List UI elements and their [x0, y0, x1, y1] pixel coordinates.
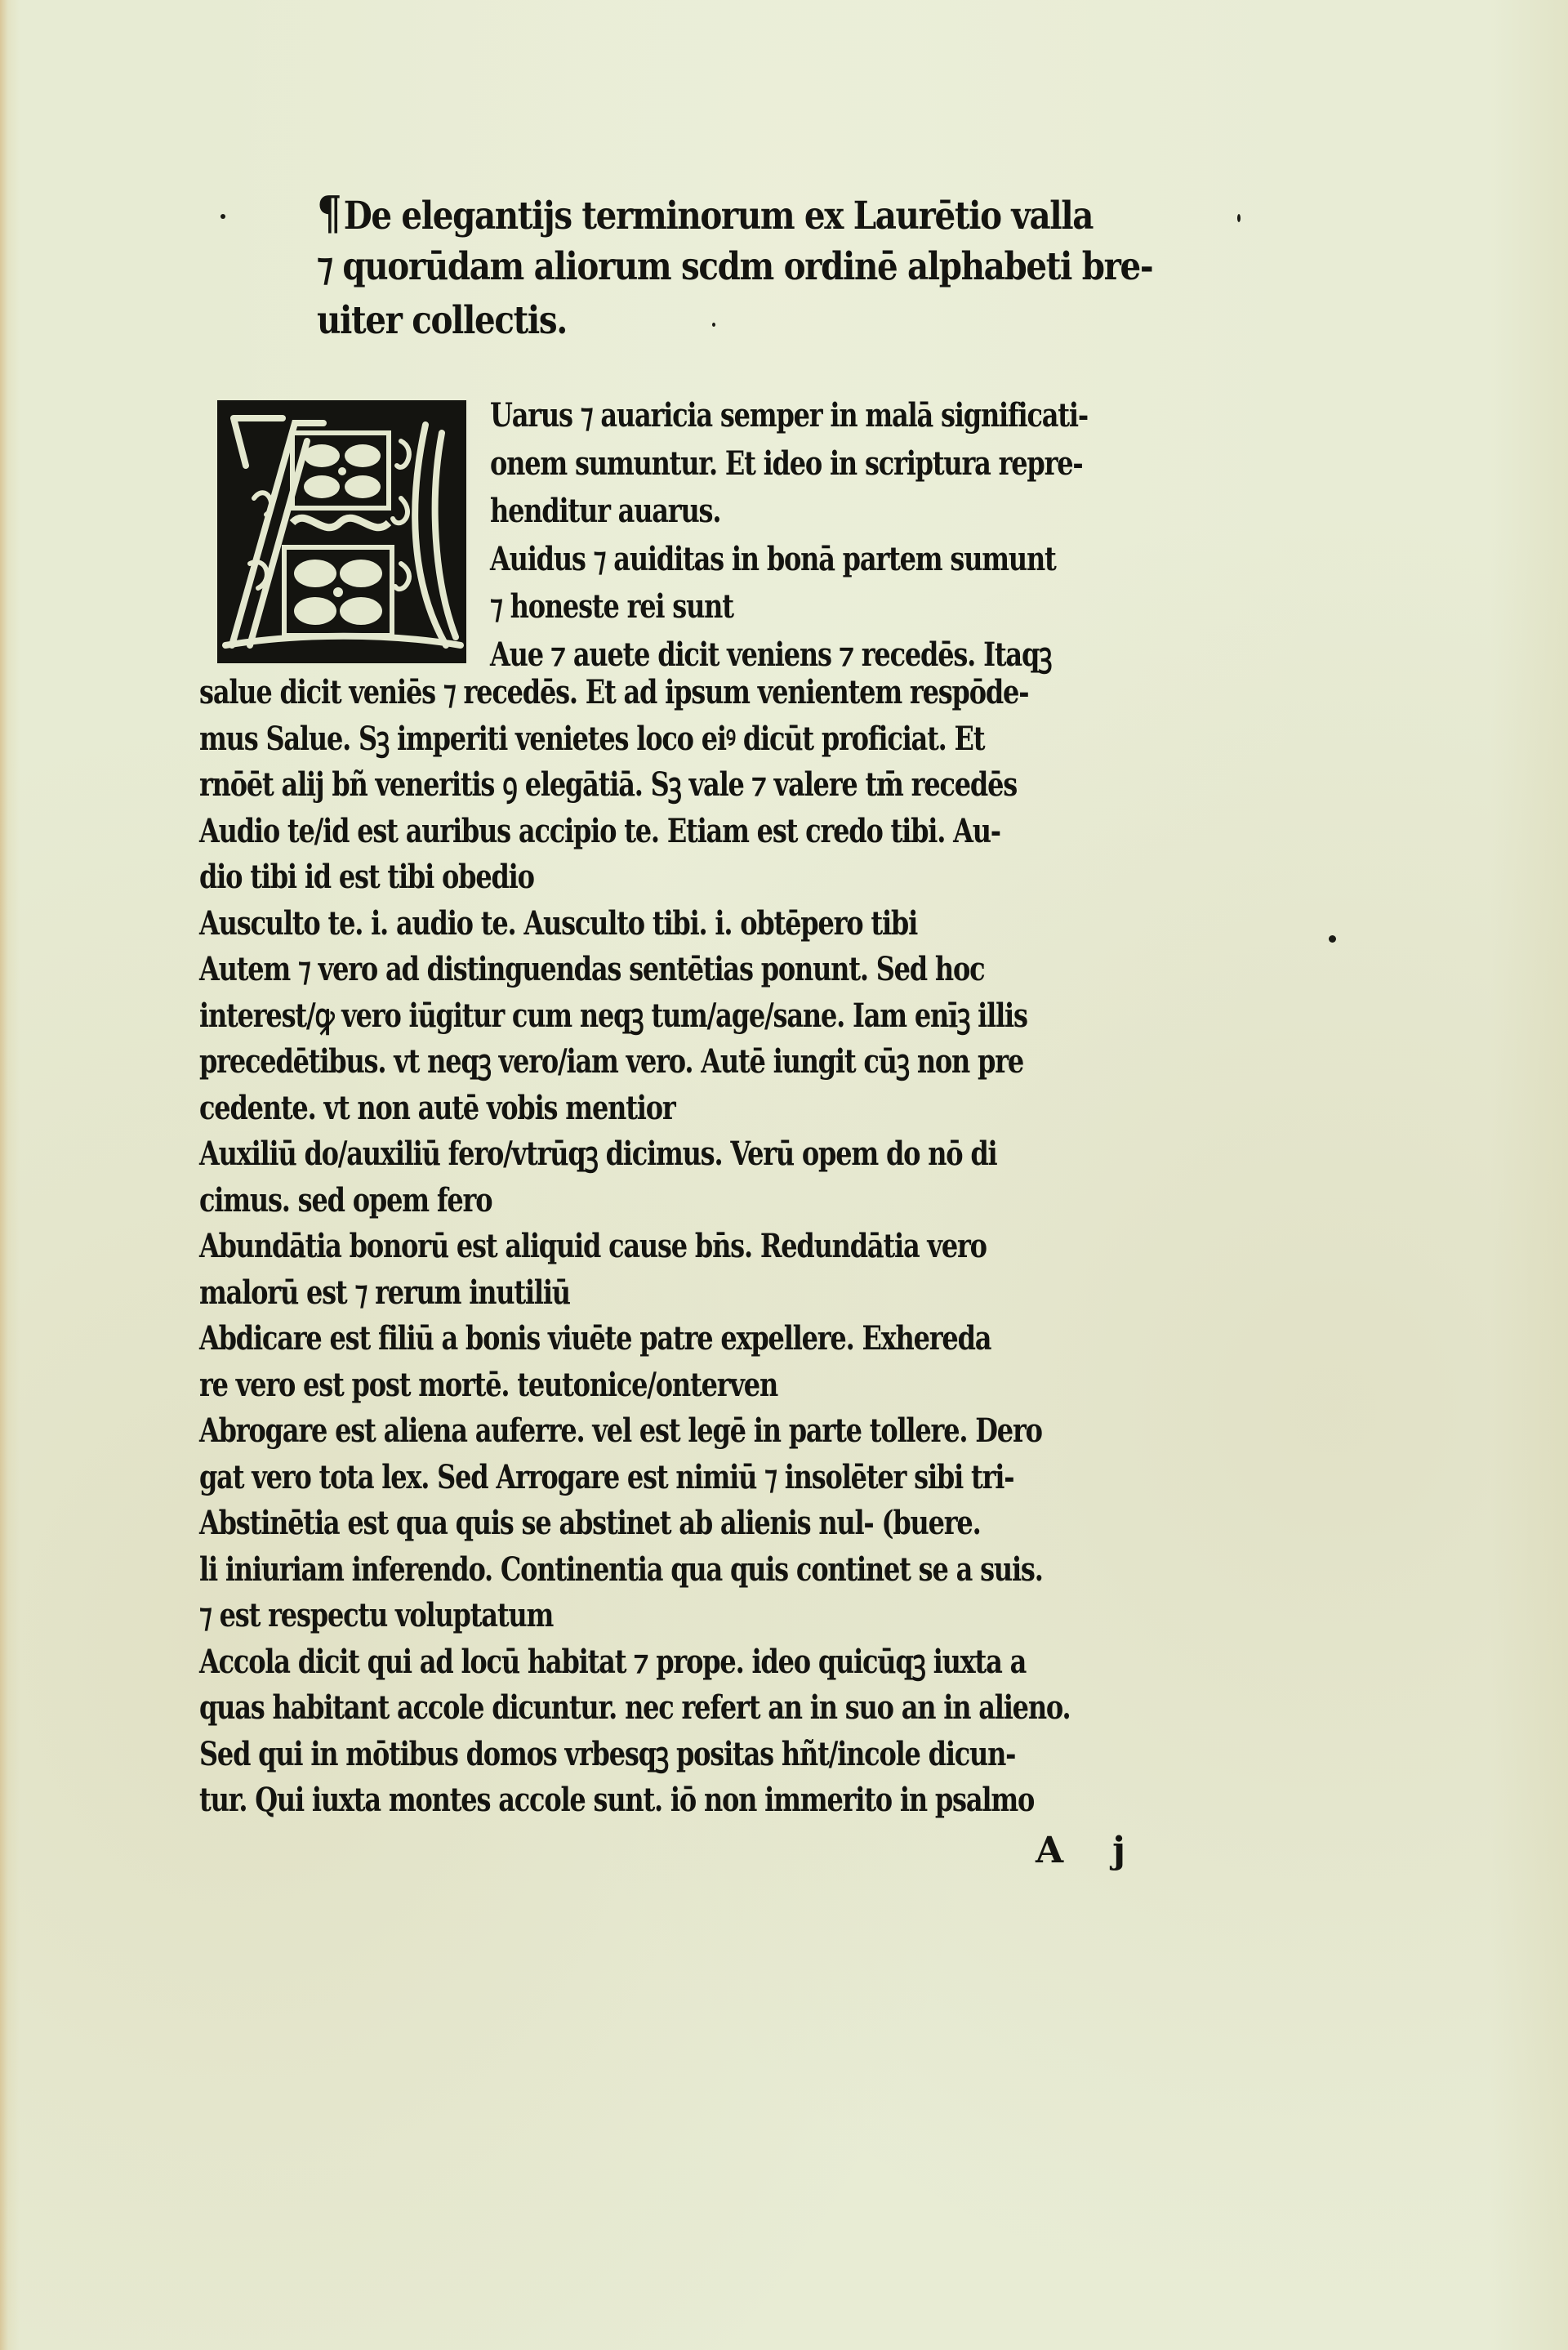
text-line: Autem ⁊ vero ad distinguendas sentētias …: [199, 947, 1070, 993]
text-line: tur. Qui iuxta montes accole sunt. iō no…: [199, 1777, 1070, 1824]
signature-letter: A: [1036, 1830, 1112, 1871]
text-line: henditur auarus.: [490, 488, 1088, 536]
text-line: Abstinētia est qua quis se abstinet ab a…: [199, 1501, 1070, 1547]
text-line: cimus. sed opem fero: [199, 1178, 1070, 1224]
ink-speck: [712, 323, 715, 327]
text-line: quas habitant accole dicuntur. nec refer…: [199, 1685, 1070, 1732]
text-line: Abundātia bonorū est aliquid cause bn̄s.…: [199, 1224, 1070, 1270]
text-line: Auidus ⁊ auiditas in bonā partem sumunt: [490, 536, 1088, 584]
document-page: ¶De elegantijs terminorum ex Laurētio va…: [0, 0, 1568, 2350]
text-line: mus Salue. Sꝫ imperiti venietes loco eiꝰ…: [199, 716, 1070, 763]
text-line: Audio te/id est auribus accipio te. Etia…: [199, 809, 1070, 855]
signature-mark: Aj: [1036, 1830, 1174, 1871]
text-line: ⁊ est respectu voluptatum: [199, 1593, 1070, 1639]
text-line: Abrogare est aliena auferre. vel est leg…: [199, 1408, 1070, 1455]
text-line: dio tibi id est tibi obedio: [199, 854, 1070, 901]
main-text-block: salue dicit veniēs ⁊ recedēs. Et ad ipsu…: [199, 670, 1070, 1824]
text-line: Sed qui in mōtibus domos vrbesqꝫ positas…: [199, 1732, 1070, 1778]
text-line: Accola dicit qui ad locū habitat ⁊ prope…: [199, 1639, 1070, 1686]
text-line: rnōēt alij bñ veneritis ꝯ elegātiā. Sꝫ v…: [199, 762, 1070, 809]
text-line: re vero est post mortē. teutonice/onterv…: [199, 1362, 1070, 1409]
text-line: Ausculto te. i. audio te. Ausculto tibi.…: [199, 901, 1070, 948]
title-heading: ¶De elegantijs terminorum ex Laurētio va…: [317, 186, 1125, 348]
opening-paragraph: Uarus ⁊ auaricia semper in malā signific…: [490, 392, 1088, 679]
heading-line-3: uiter collectis.: [317, 294, 1125, 348]
text-line: malorū est ⁊ rerum inutiliū: [199, 1270, 1070, 1317]
text-line: precedētibus. vt neqꝫ vero/iam vero. Aut…: [199, 1039, 1070, 1086]
decorated-initial-a-icon: [217, 400, 466, 663]
ink-speck: [220, 214, 225, 219]
signature-number: j: [1112, 1830, 1174, 1871]
text-line: onem sumuntur. Et ideo in scriptura repr…: [490, 440, 1088, 488]
text-line: salue dicit veniēs ⁊ recedēs. Et ad ipsu…: [199, 670, 1070, 716]
pilcrow-icon: ¶: [317, 186, 341, 240]
text-line: li iniuriam inferendo. Continentia qua q…: [199, 1547, 1070, 1594]
text-line: Abdicare est filiū a bonis viuēte patre …: [199, 1316, 1070, 1362]
text-line: Uarus ⁊ auaricia semper in malā signific…: [490, 392, 1088, 440]
heading-line-1: ¶De elegantijs terminorum ex Laurētio va…: [317, 186, 1125, 240]
text-line: gat vero tota lex. Sed Arrogare est nimi…: [199, 1455, 1070, 1501]
text-line: interest/ꝙ vero iūgitur cum neqꝫ tum/age…: [199, 993, 1070, 1040]
text-line: Auxiliū do/auxiliū fero/vtrūqꝫ dicimus. …: [199, 1131, 1070, 1178]
text-line: ⁊ honeste rei sunt: [490, 583, 1088, 631]
text-line: cedente. vt non autē vobis mentior: [199, 1086, 1070, 1132]
heading-line-2: ⁊ quorūdam aliorum scdm ordinē alphabeti…: [317, 240, 1125, 294]
ink-speck: [1329, 935, 1336, 943]
ink-speck: [1237, 214, 1241, 222]
